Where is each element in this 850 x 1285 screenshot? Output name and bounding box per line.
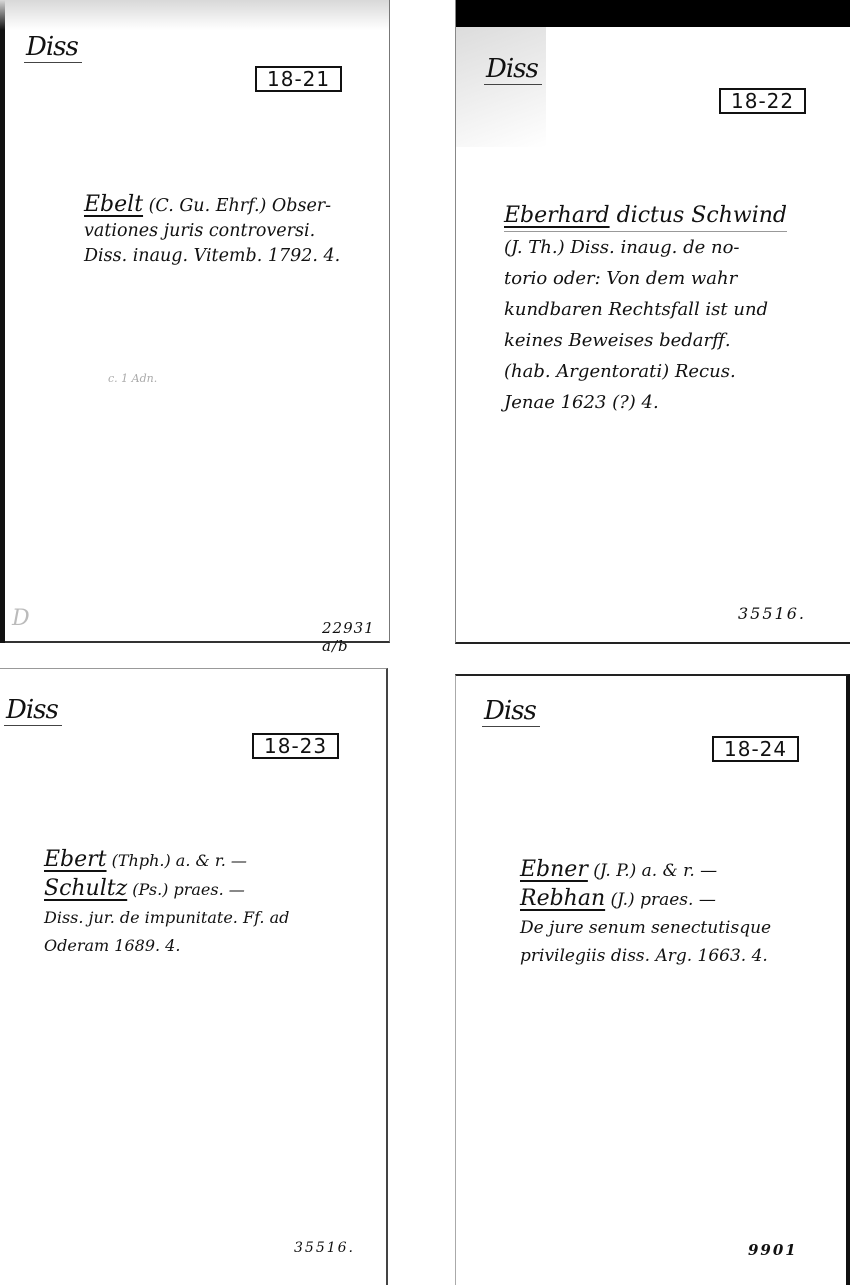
entry-line: Oderam 1689. 4. [44, 932, 289, 960]
entry-line: Schultz (Ps.) praes. — [44, 875, 289, 904]
catalog-card-18-24: Diss 18-24 Ebner (J. P.) a. & r. — Rebha… [455, 674, 850, 1285]
entry-line: (J. Th.) Diss. inaug. de no- [504, 232, 787, 263]
entry-line: Diss. inaug. Vitemb. 1792. 4. [84, 244, 340, 269]
accession-number: 35516. [738, 604, 806, 623]
entry-line: privilegiis diss. Arg. 1663. 4. [520, 942, 771, 970]
entry-line: Jenae 1623 (?) 4. [504, 387, 787, 418]
entry-line: torio oder: Von dem wahr [504, 263, 787, 294]
entry-line: (hab. Argentorati) Recus. [504, 356, 787, 387]
accession-number: 9901 [748, 1241, 798, 1259]
entry-line: keines Beweises bedarff. [504, 325, 787, 356]
category-label: Diss [484, 56, 542, 85]
bibliographic-entry: Eberhard dictus Schwind (J. Th.) Diss. i… [504, 200, 787, 418]
entry-line: Ebert (Thph.) a. & r. — [44, 846, 289, 875]
entry-line: vationes juris controversi. [84, 219, 340, 244]
author-surname: Eberhard [504, 203, 610, 228]
category-label: Diss [24, 34, 82, 63]
bibliographic-entry: Ebner (J. P.) a. & r. — Rebhan (J.) prae… [520, 856, 771, 970]
author-surname: Rebhan [520, 886, 605, 911]
scan-smudge [456, 27, 546, 147]
shelf-number: 18-23 [252, 733, 339, 759]
accession-number: 35516. [294, 1240, 355, 1256]
catalog-card-18-23: Diss 18-23 Ebert (Thph.) a. & r. — Schul… [0, 668, 388, 1285]
shelf-number: 18-22 [719, 88, 806, 114]
entry-line: kundbaren Rechtsfall ist und [504, 294, 787, 325]
bibliographic-entry: Ebelt (C. Gu. Ehrf.) Obser- vationes jur… [84, 192, 340, 269]
corner-mark: D [12, 606, 30, 631]
bibliographic-entry: Ebert (Thph.) a. & r. — Schultz (Ps.) pr… [44, 846, 289, 960]
catalog-card-18-21: Diss 18-21 Ebelt (C. Gu. Ehrf.) Obser- v… [0, 0, 390, 643]
author-surname: Ebner [520, 857, 588, 882]
shelf-number: 18-24 [712, 736, 799, 762]
category-label: Diss [482, 698, 540, 727]
entry-line: Eberhard dictus Schwind [504, 200, 787, 232]
catalog-card-18-22: Diss 18-22 Eberhard dictus Schwind (J. T… [455, 0, 850, 644]
entry-line: Diss. jur. de impunitate. Ff. ad [44, 904, 289, 932]
scan-edge [456, 0, 850, 27]
annotation-note: c. 1 Adn. [108, 372, 157, 385]
entry-line: De jure senum senectutisque [520, 914, 771, 942]
entry-line: Rebhan (J.) praes. — [520, 885, 771, 914]
category-label: Diss [4, 697, 62, 726]
author-surname: Ebelt [84, 192, 143, 217]
author-surname: Ebert [44, 847, 107, 872]
accession-number: 22931 a/b [322, 619, 389, 655]
author-surname: Schultz [44, 876, 127, 901]
shelf-number: 18-21 [255, 66, 342, 92]
entry-line: Ebelt (C. Gu. Ehrf.) Obser- [84, 192, 340, 219]
entry-line: Ebner (J. P.) a. & r. — [520, 856, 771, 885]
